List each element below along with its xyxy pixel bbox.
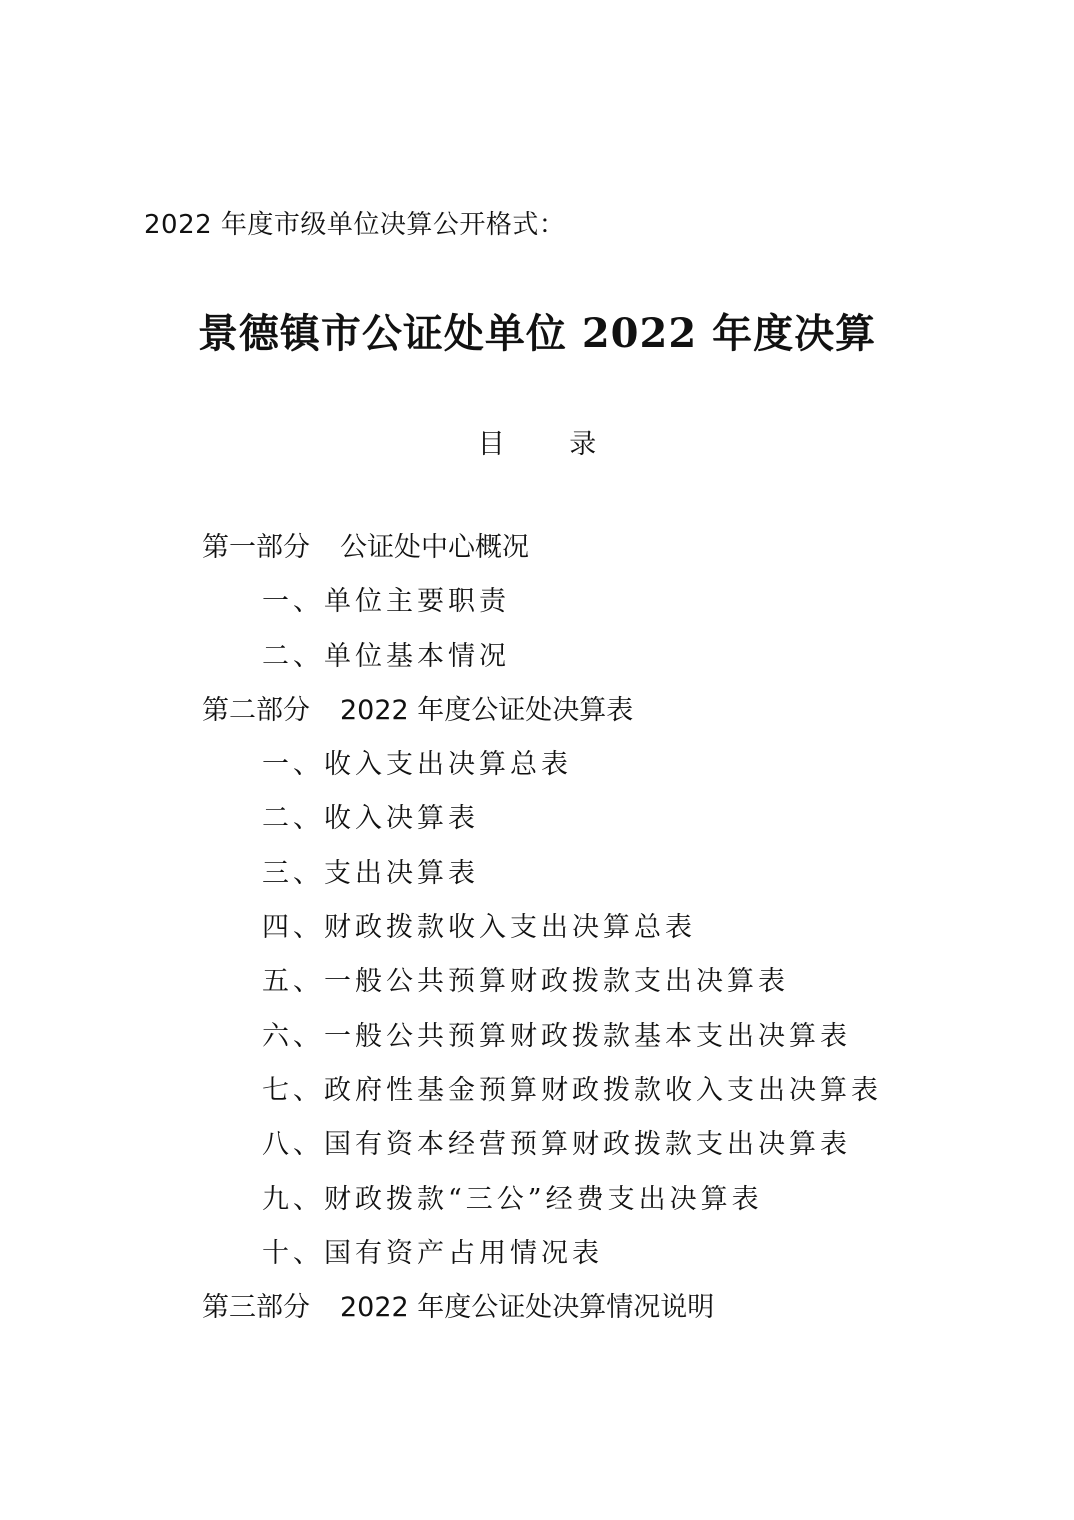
pre-title: 2022 年度市级单位决算公开格式： <box>144 204 565 241</box>
document-title: 景德镇市公证处单位 2022 年度决算 <box>0 302 1074 359</box>
toc-heading-char-1: 目 <box>478 422 505 461</box>
toc-part-label: 第二部分 <box>202 695 310 726</box>
toc-item: 二、收入决算表 <box>202 799 882 853</box>
toc-part-text: 2022 年度公证处决算表 <box>340 695 633 726</box>
toc-item: 二、单位基本情况 <box>202 637 882 691</box>
toc-item: 一、收入支出决算总表 <box>202 745 882 799</box>
toc-part-text: 2022 年度公证处决算情况说明 <box>340 1292 714 1323</box>
toc-item: 六、一般公共预算财政拨款基本支出决算表 <box>202 1017 882 1071</box>
toc-item: 八、国有资本经营预算财政拨款支出决算表 <box>202 1125 882 1179</box>
toc-item: 一、单位主要职责 <box>202 582 882 636</box>
toc-part-1: 第一部分公证处中心概况 <box>202 528 882 582</box>
toc-item: 三、支出决算表 <box>202 854 882 908</box>
toc-item: 十、国有资产占用情况表 <box>202 1234 882 1288</box>
table-of-contents: 第一部分公证处中心概况 一、单位主要职责 二、单位基本情况 第二部分2022 年… <box>202 528 882 1342</box>
toc-part-text: 公证处中心概况 <box>340 532 529 563</box>
toc-item: 七、政府性基金预算财政拨款收入支出决算表 <box>202 1071 882 1125</box>
toc-heading-char-2: 录 <box>569 422 596 461</box>
toc-item: 四、财政拨款收入支出决算总表 <box>202 908 882 962</box>
toc-part-2: 第二部分2022 年度公证处决算表 <box>202 691 882 745</box>
toc-item: 九、财政拨款“三公”经费支出决算表 <box>202 1180 882 1234</box>
toc-heading: 目 录 <box>0 422 1074 461</box>
toc-part-label: 第一部分 <box>202 532 310 563</box>
toc-item: 五、一般公共预算财政拨款支出决算表 <box>202 962 882 1016</box>
toc-part-3: 第三部分2022 年度公证处决算情况说明 <box>202 1288 882 1342</box>
toc-part-label: 第三部分 <box>202 1292 310 1323</box>
